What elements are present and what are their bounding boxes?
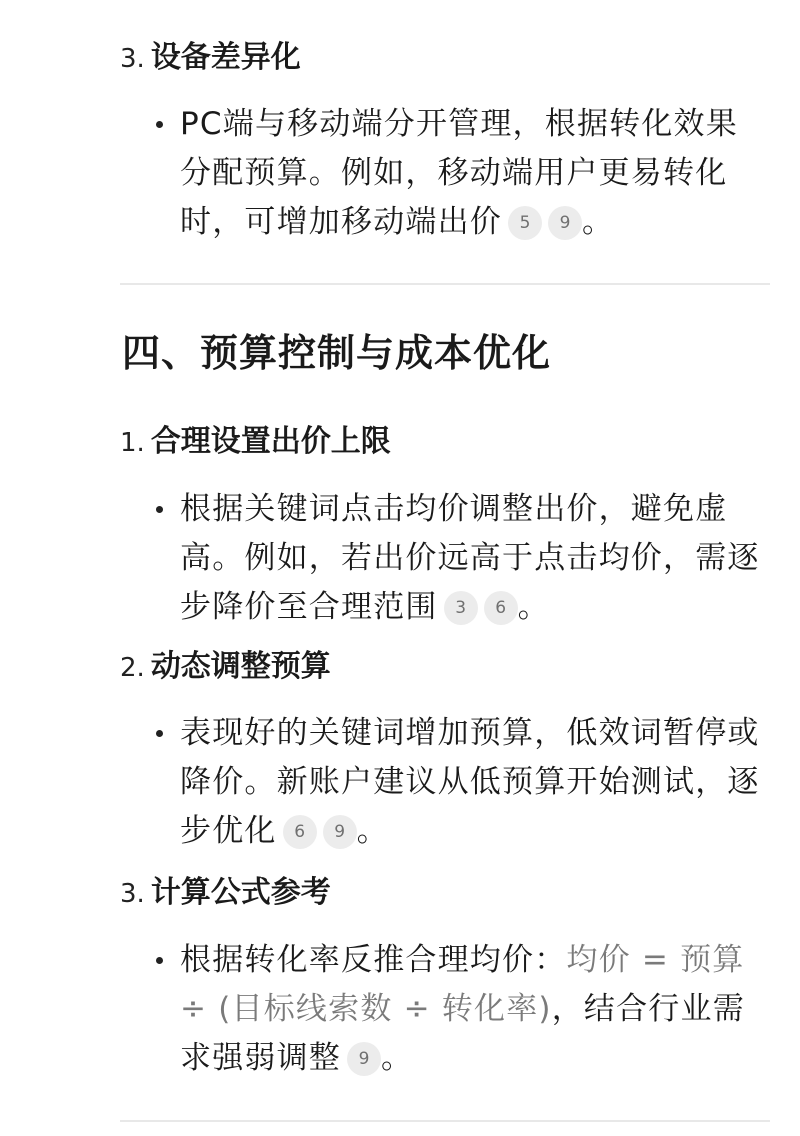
bullet-item: 表现好的关键词增加预算，低效词暂停或降价。新账户建议从低预算开始测试，逐步优化6…: [156, 709, 768, 856]
list-number: 3.: [120, 879, 145, 909]
list-heading-dynamic-budget: 2.动态调整预算: [120, 647, 331, 688]
list-heading-text: 动态调整预算: [151, 649, 331, 684]
list-heading-text: 合理设置出价上限: [151, 424, 391, 459]
citation-badge[interactable]: 9: [347, 1042, 381, 1076]
bullet-text: PC端与移动端分开管理，根据转化效果分配预算。例如，移动端用户更易转化时，可增加…: [180, 100, 768, 247]
bullet-text: 根据转化率反推合理均价：均价 = 预算 ÷ (目标线索数 ÷ 转化率)，结合行业…: [180, 936, 768, 1083]
list-number: 3.: [120, 44, 145, 74]
list-heading-text: 设备差异化: [151, 40, 301, 75]
bullet-text: 根据关键词点击均价调整出价，避免虚高。例如，若出价远高于点击均价，需逐步降价至合…: [180, 485, 768, 632]
bullet-item: PC端与移动端分开管理，根据转化效果分配预算。例如，移动端用户更易转化时，可增加…: [156, 100, 768, 247]
list-heading-formula-reference: 3.计算公式参考: [120, 873, 331, 914]
bullet-dot-icon: [156, 730, 163, 737]
citation-badge[interactable]: 5: [508, 206, 542, 240]
citation-badge[interactable]: 6: [283, 815, 317, 849]
list-heading-text: 计算公式参考: [151, 875, 331, 910]
section-divider: [120, 283, 770, 285]
bullet-item: 根据关键词点击均价调整出价，避免虚高。例如，若出价远高于点击均价，需逐步降价至合…: [156, 485, 768, 632]
bullet-text: 表现好的关键词增加预算，低效词暂停或降价。新账户建议从低预算开始测试，逐步优化6…: [180, 709, 768, 856]
citation-badge[interactable]: 9: [548, 206, 582, 240]
bullet-dot-icon: [156, 121, 163, 128]
section-divider: [120, 1120, 770, 1122]
bullet-item: 根据转化率反推合理均价：均价 = 预算 ÷ (目标线索数 ÷ 转化率)，结合行业…: [156, 936, 768, 1083]
citation-badge[interactable]: 6: [484, 591, 518, 625]
citation-badge[interactable]: 9: [323, 815, 357, 849]
bullet-dot-icon: [156, 506, 163, 513]
list-heading-device-differentiation: 3.设备差异化: [120, 38, 301, 79]
citation-badge[interactable]: 3: [444, 591, 478, 625]
list-heading-bid-cap: 1.合理设置出价上限: [120, 422, 391, 463]
list-number: 2.: [120, 653, 145, 683]
list-number: 1.: [120, 428, 145, 458]
bullet-dot-icon: [156, 957, 163, 964]
section-title: 四、预算控制与成本优化: [122, 328, 551, 378]
